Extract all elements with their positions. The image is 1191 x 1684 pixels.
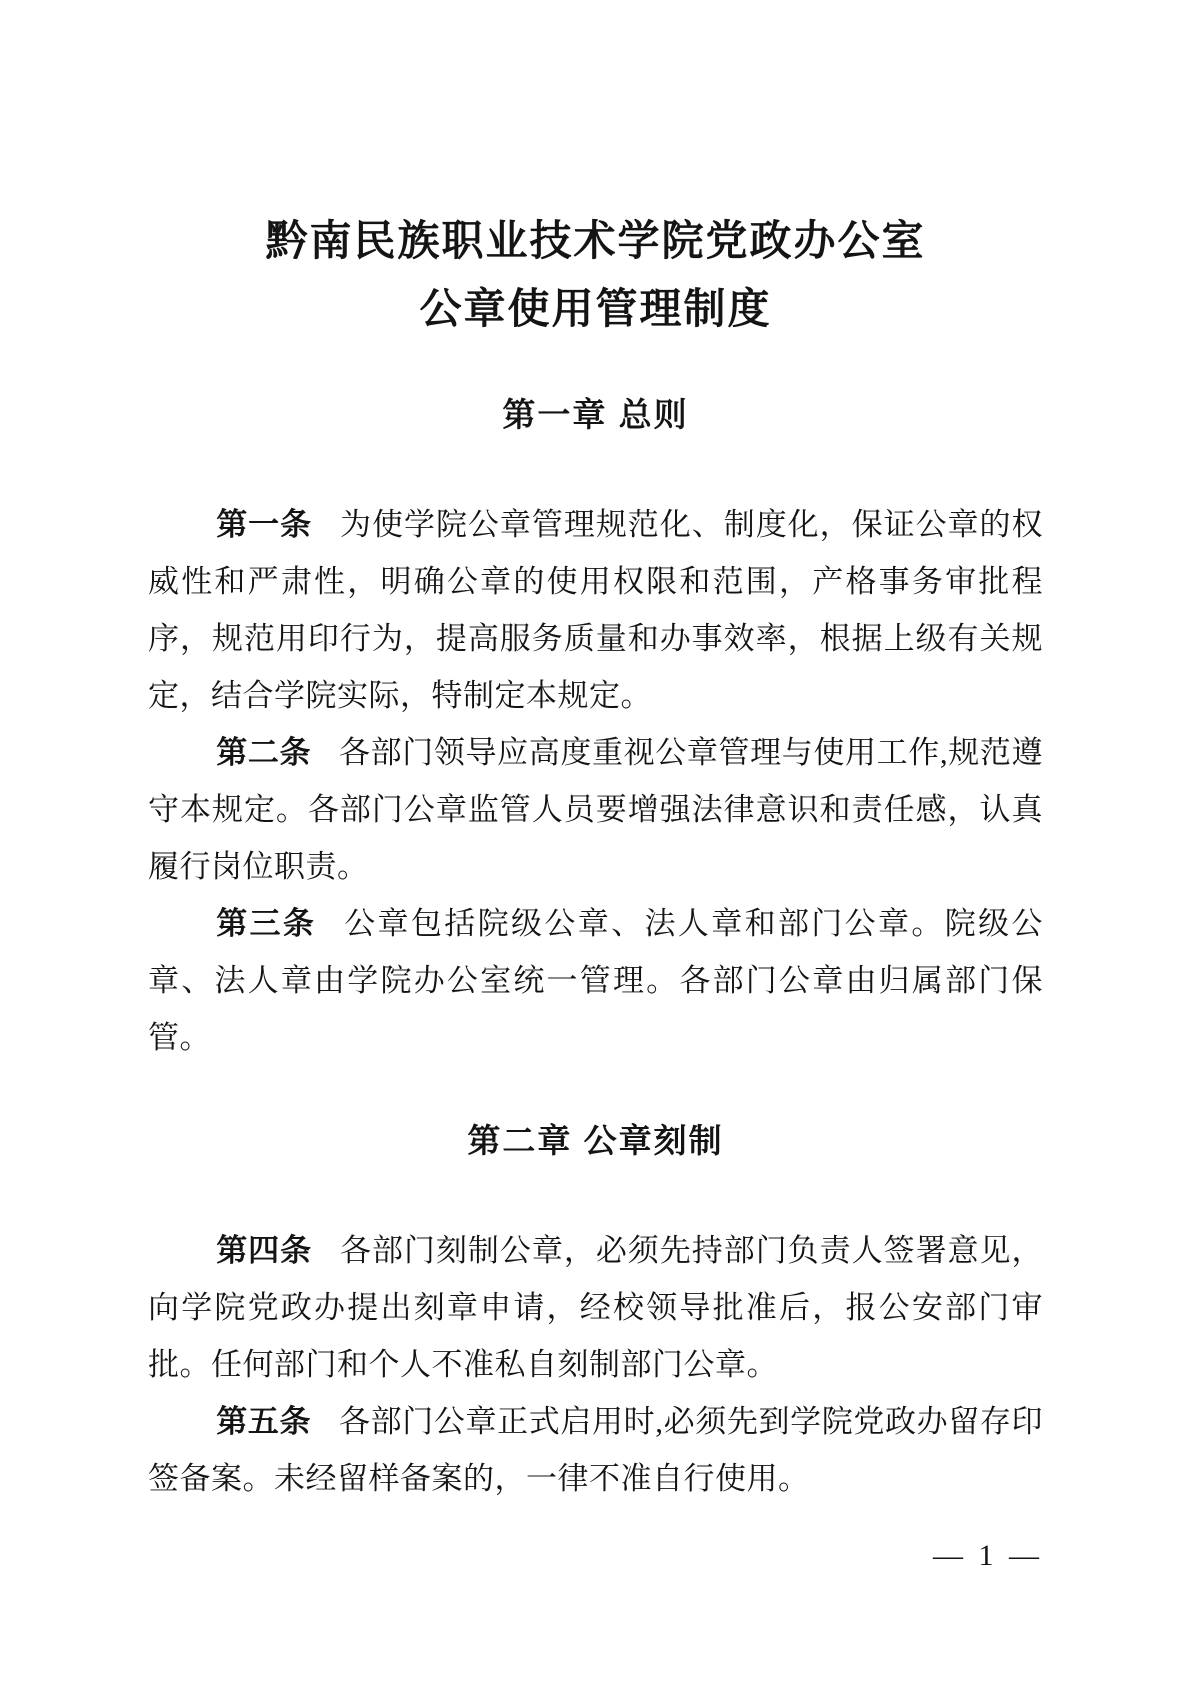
article-5-label: 第五条 <box>216 1404 311 1439</box>
document-title-line1: 黔南民族职业技术学院党政办公室 <box>148 208 1043 276</box>
document-page: 黔南民族职业技术学院党政办公室 公章使用管理制度 第一章 总则 第一条为使学院公… <box>0 0 1191 1684</box>
article-3: 第三条公章包括院级公章、法人章和部门公章。院级公章、法人章由学院办公室统一管理。… <box>148 895 1043 1066</box>
document-title-line2: 公章使用管理制度 <box>148 276 1043 344</box>
article-4: 第四条各部门刻制公章，必须先持部门负责人签署意见，向学院党政办提出刻章申请，经校… <box>148 1222 1043 1393</box>
article-1: 第一条为使学院公章管理规范化、制度化，保证公章的权威性和严肃性，明确公章的使用权… <box>148 496 1043 724</box>
article-2: 第二条各部门领导应高度重视公章管理与使用工作,规范遵守本规定。各部门公章监管人员… <box>148 724 1043 895</box>
article-5: 第五条各部门公章正式启用时,必须先到学院党政办留存印签备案。未经留样备案的，一律… <box>148 1393 1043 1507</box>
article-4-label: 第四条 <box>216 1233 312 1268</box>
article-3-label: 第三条 <box>216 906 316 941</box>
document-title: 黔南民族职业技术学院党政办公室 公章使用管理制度 <box>148 208 1043 344</box>
page-number: — 1 — <box>148 1535 1043 1577</box>
article-2-label: 第二条 <box>216 735 311 770</box>
article-1-label: 第一条 <box>216 507 312 542</box>
chapter-2-heading: 第二章 公章刻制 <box>148 1118 1043 1164</box>
chapter-1-heading: 第一章 总则 <box>148 392 1043 438</box>
